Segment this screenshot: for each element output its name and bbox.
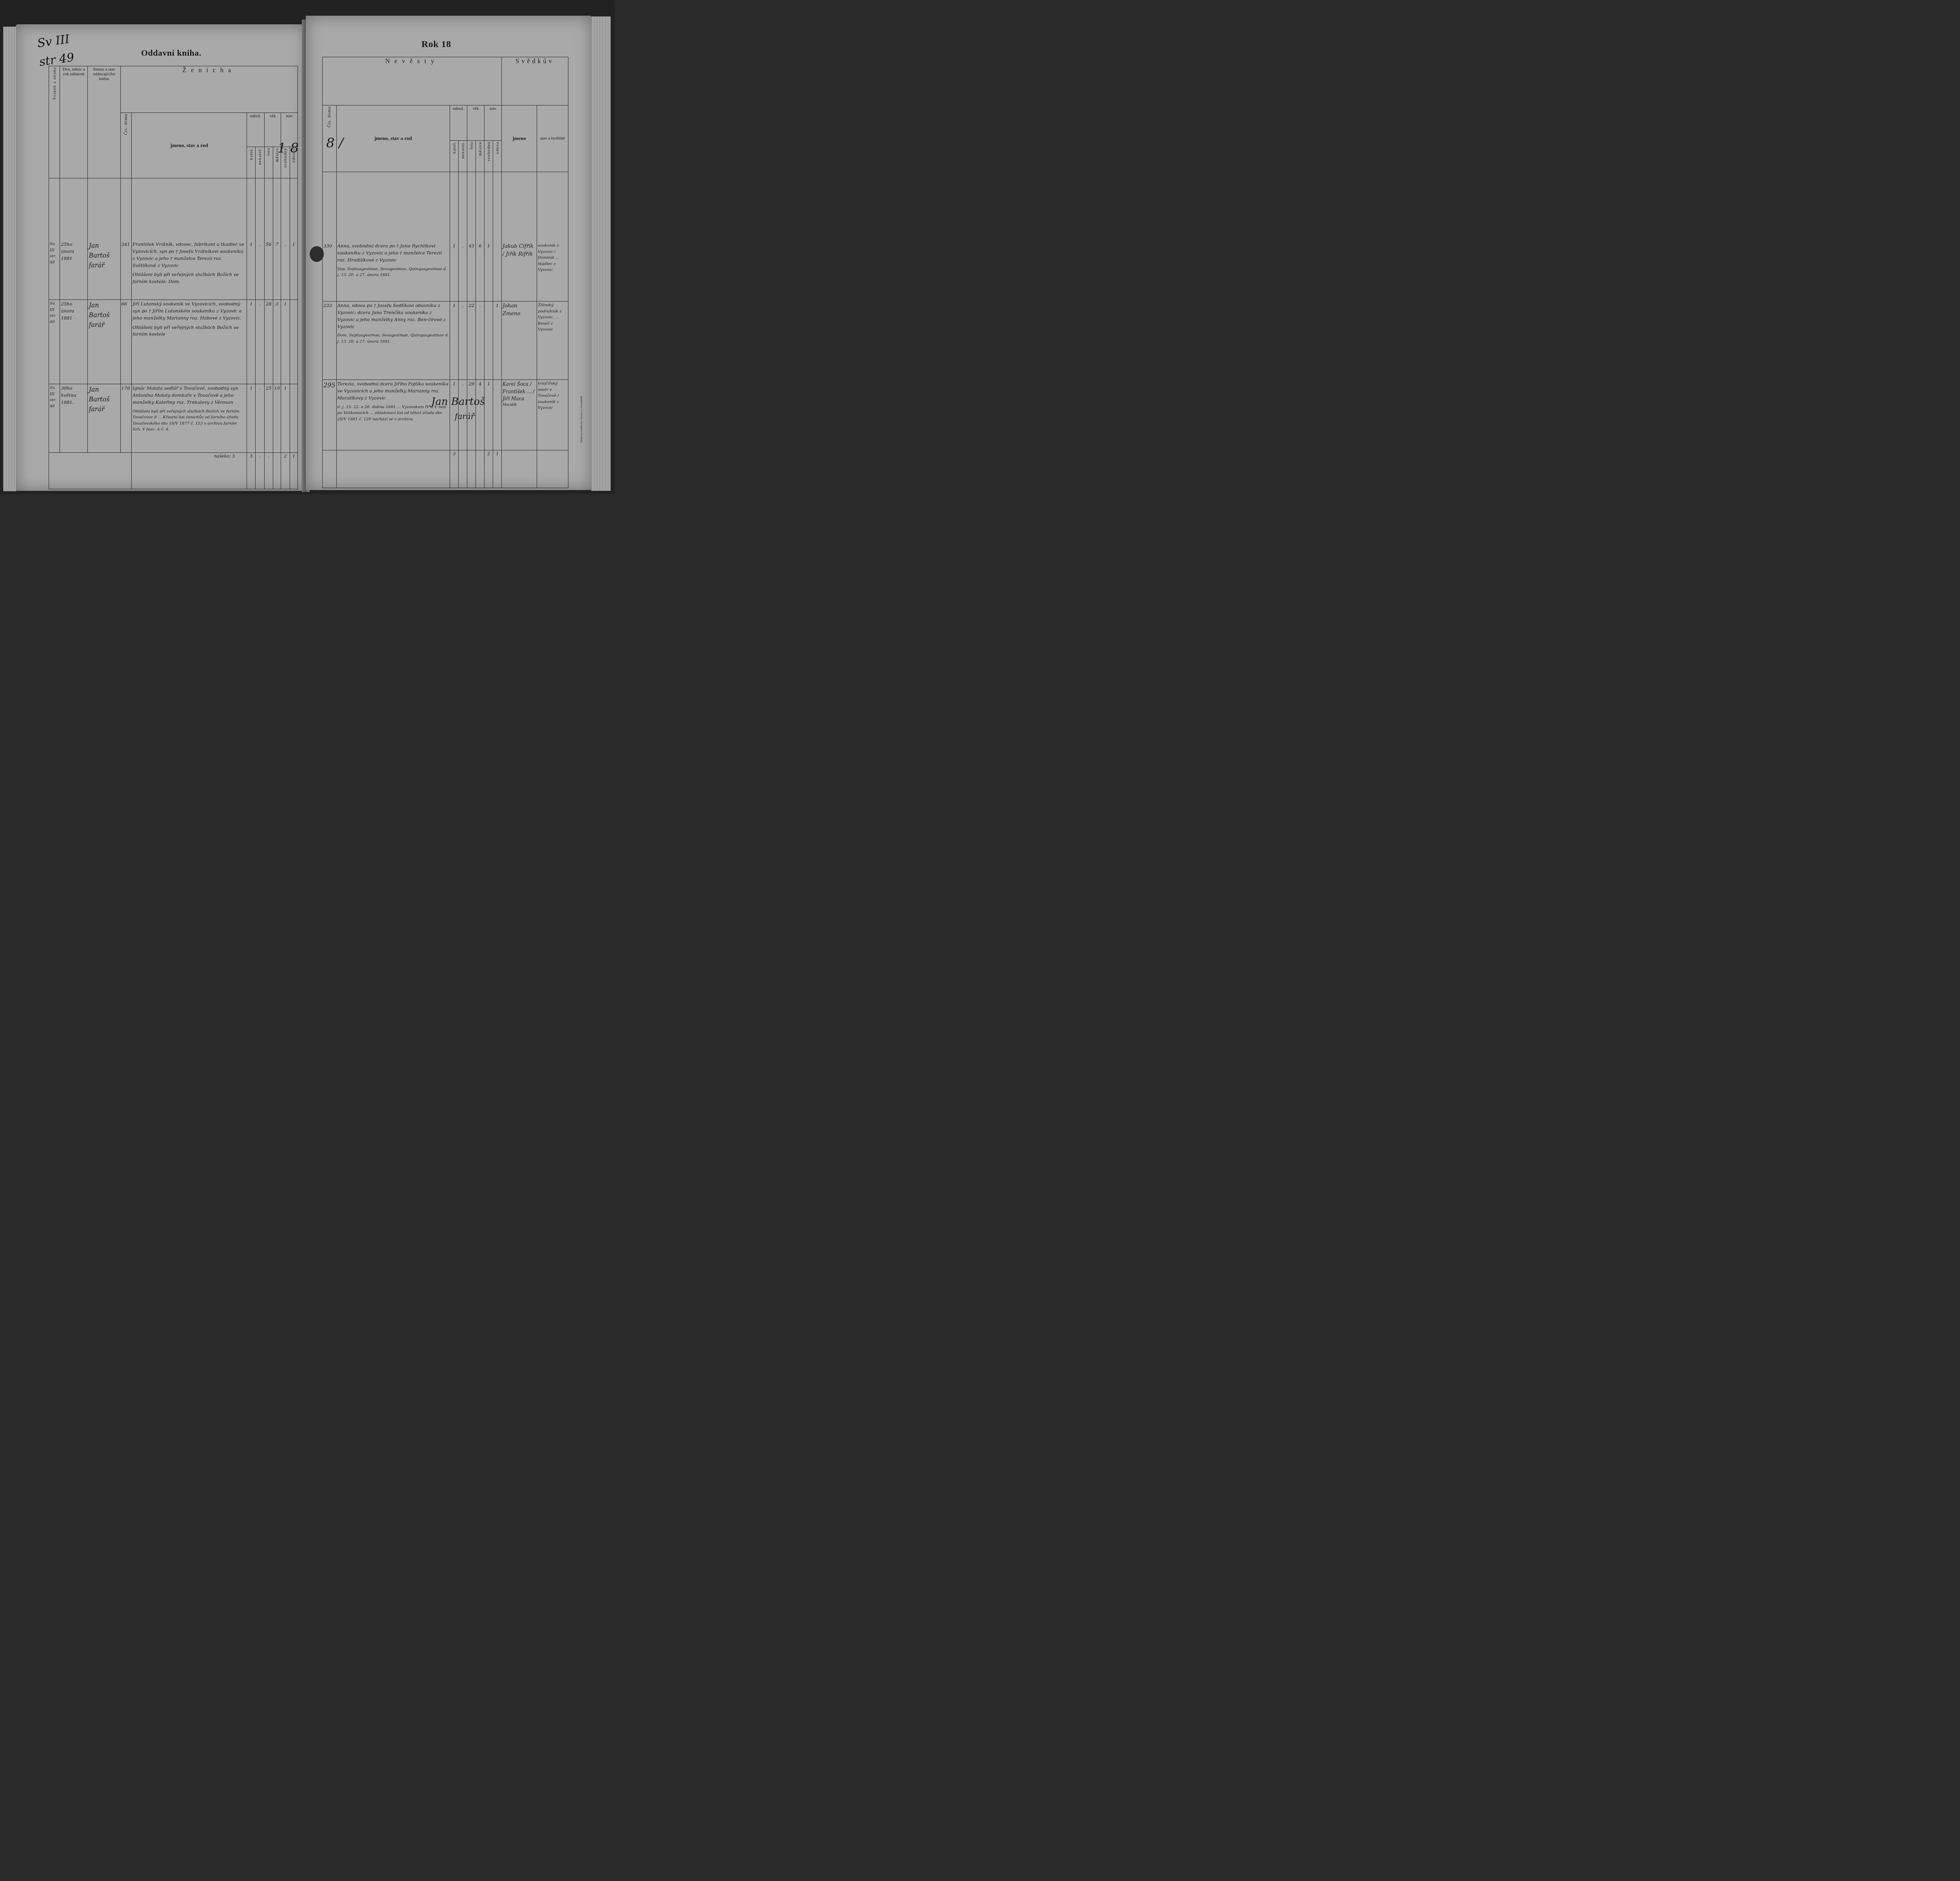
entry-date: 25ho února 1881 [60, 178, 88, 300]
entry-svobodny: 1 [281, 300, 290, 384]
col-header-mesice: měsíce [273, 147, 281, 178]
entry-date: 25ho února 1881 [60, 300, 88, 384]
book-scan: Sv III str 49 Oddavní kniha. 1 8 Svazek … [0, 0, 615, 494]
entry-vdovec [290, 300, 298, 384]
entry-witnesses: Karel Šoca / František ... / Jiří Maca M… [502, 380, 537, 450]
entry-bride: Anna, svobodná dcera po † Janu Rychlíkov… [336, 172, 450, 301]
table-row: Sv. III str. 49 25ho února 1881 Jan Bart… [49, 178, 298, 300]
entry-banns-note: Ohlášeni byli při veřejných službách Bož… [132, 324, 246, 338]
entry-svobodny: . [281, 178, 290, 300]
entry-katol: 1 [450, 301, 459, 380]
entry-nekatol: . [256, 300, 264, 384]
col-header-name: jmeno, stav a rod [336, 105, 450, 172]
entry-vdova: 1 [493, 301, 502, 380]
summary-row: 3 2 1 [323, 450, 568, 488]
entry-house: 330 [323, 172, 337, 301]
entry-witnesses: Jakub Cifřík / Jiřík Rifřík [502, 172, 537, 301]
entry-witness-note: Macalík [503, 403, 536, 408]
entry-katol: 1 [450, 172, 459, 301]
entry-witnesses: Johan Zmeno [502, 301, 537, 380]
col-header-status: stav [281, 113, 298, 147]
table-row: 233 Anna, vdova po † Josefu Sedlíkovi ob… [323, 301, 568, 380]
summary-katol: 3 [450, 450, 459, 488]
entry-banns-note: Ohlášeni byli při veřejných službách Bož… [132, 271, 246, 285]
summary-nekatol: . [256, 453, 264, 489]
col-header-katol: katol. [247, 147, 256, 178]
entry-katol: 1 [247, 384, 256, 453]
signature-name: Jan Bartoš [431, 396, 485, 408]
col-header-mesice: měsíce [476, 141, 485, 172]
summary-svobodna: 2 [485, 450, 493, 488]
summary-row: našeka: 3 3 . . 2 1 [49, 453, 298, 489]
entry-bride: Terezia, svobodná dcera Jiřího Fojtíka s… [336, 380, 450, 450]
entry-witness-status: soukeník z Vyzovic / Dominik ... tkadlec… [537, 172, 568, 301]
col-header-vdova: vdova [493, 141, 502, 172]
entry-nekatol: . [459, 172, 467, 301]
table-row: 330 Anna, svobodná dcera po † Janu Rychl… [323, 172, 568, 301]
col-header-leta: leta [467, 141, 476, 172]
col-header-svobodna: svobodná [485, 141, 493, 172]
entry-leta: 56 [264, 178, 273, 300]
entry-mesice: 4 [476, 380, 485, 450]
entry-nekatol: . [256, 178, 264, 300]
ink-stain [310, 246, 324, 262]
section-header-groom: Ženicha [120, 66, 298, 113]
summary-leta: . [264, 453, 273, 489]
entry-volume: Sv. III str. 49 [49, 300, 60, 384]
col-header-house: Čís. domu [120, 113, 131, 178]
entry-vdova [493, 380, 502, 450]
entry-bride: Anna, vdova po † Josefu Sedlíkovi obuvní… [336, 301, 450, 380]
groom-register-table: Svazek a strana Den, měsíc a rok oddavek… [49, 66, 298, 489]
entry-vdovec [290, 384, 298, 453]
table-row: Sv. III str. 49 25ho února 1881 Jan Bart… [49, 300, 298, 384]
col-header-religion: nábož. [247, 113, 265, 147]
summary-vdovec: 1 [290, 453, 298, 489]
col-header-svobodny: svobodný [281, 147, 290, 178]
col-header-leta: leta [264, 147, 273, 178]
page-title-left: Oddavní kniha. [141, 48, 201, 58]
col-header-house: Čís. domu [323, 105, 337, 172]
entry-mesice: 7 [273, 178, 281, 300]
col-header-nekatol: nekatol. [459, 141, 467, 172]
entry-house: 295 [323, 380, 337, 450]
entry-house: 233 [323, 301, 337, 380]
entry-svobodna: 1 [485, 380, 493, 450]
col-header-nekatol: nekatol. [256, 147, 264, 178]
bride-register-table: Nevěsty Svědkův Čís. domu jmeno, stav a … [322, 57, 568, 488]
entry-volume: Sv. III str. 49 [49, 178, 60, 300]
entry-groom: Ignác Molata sedlář v Tovačově, svobodný… [131, 384, 247, 453]
col-header-witness-status: stav a bydliště [537, 105, 568, 172]
entry-nekatol: . [459, 301, 467, 380]
col-header-date: Den, měsíc a rok oddavek [60, 66, 88, 178]
col-header-priest: Jmeno a stav oddavajícího kněze [88, 66, 120, 178]
entry-groom: Jiří Lutonský soukeník ve Vyzovicích, sv… [131, 300, 247, 384]
entry-leta: 43 [467, 172, 476, 301]
entry-volume: Sv. III str. 49 [49, 384, 60, 453]
entry-svobodna [485, 301, 493, 380]
entry-groom: František Vrátník, vdovec, fabrikant a t… [131, 178, 247, 300]
entry-witness-status: krejčířský mistr v Tovačově / soukeník z… [537, 380, 568, 450]
section-header-witnesses: Svědkův [502, 57, 568, 105]
col-header-svazek: Svazek a strana [49, 66, 60, 178]
entry-katol: 1 [247, 178, 256, 300]
table-row: Sv. III str. 49 30ho května 1881. Jan Ba… [49, 384, 298, 453]
entry-date: 30ho května 1881. [60, 384, 88, 453]
summary-svobodny: 2 [281, 453, 290, 489]
entry-katol: 1 [247, 300, 256, 384]
entry-leta: 22 [467, 301, 476, 380]
right-page-edges [591, 16, 611, 491]
col-header-witness-name: jmeno [502, 105, 537, 172]
entry-priest: Jan Bartoš farář [88, 384, 120, 453]
col-header-age: věk [467, 105, 485, 141]
col-header-status: stav [485, 105, 502, 141]
entry-priest: Jan Bartoš farář [88, 300, 120, 384]
entry-svobodna: 1 [485, 172, 493, 301]
entry-house: 176 [120, 384, 131, 453]
entry-house: 66 [120, 300, 131, 384]
entry-mesice: . [476, 301, 485, 380]
entry-house: 341 [120, 178, 131, 300]
section-header-bride: Nevěsty [323, 57, 502, 105]
entry-mesice: 6 [476, 172, 485, 301]
entry-leta: 28 [264, 300, 273, 384]
summary-label: našeka: 3 [131, 453, 247, 489]
entry-mesice: 10 [273, 384, 281, 453]
entry-priest: Jan Bartoš farář [88, 178, 120, 300]
summary-katol: 3 [247, 453, 256, 489]
page-title-right: Rok 18 [421, 39, 451, 50]
col-header-name: jmeno, stav a rod [131, 113, 247, 178]
summary-vdova: 1 [493, 450, 502, 488]
entry-leta: 25 [264, 384, 273, 453]
entry-mesice: 3 [273, 300, 281, 384]
col-header-religion: nábož. [450, 105, 467, 141]
entry-witness-status: Žilinský podruhník z Vyzovic, ... Kovář … [537, 301, 568, 380]
entry-banns-note: Ohlášeni byli při veřejných službách Bož… [132, 409, 246, 433]
signature-title: farář [455, 412, 474, 421]
entry-vdovec: 1 [290, 178, 298, 300]
col-header-vdovec: vdovec [290, 147, 298, 178]
left-page-edges [3, 27, 16, 491]
col-header-katol: katol. [450, 141, 459, 172]
entry-banns-note: Dom. Septuagesimae, Sexagesimae, Quinqua… [338, 332, 449, 345]
printer-imprint: Tiskárna Jindřicha Gusek-a v Kroměříži [580, 396, 583, 443]
entry-nekatol: . [256, 384, 264, 453]
table-row: 295 Terezia, svobodná dcera Jiřího Fojtí… [323, 380, 568, 450]
entry-vdova [493, 172, 502, 301]
entry-banns-note: Sep. Septuagesimae, Sexagesimae, Quinqua… [338, 266, 449, 278]
entry-svobodny: 1 [281, 384, 290, 453]
col-header-age: věk [264, 113, 281, 147]
